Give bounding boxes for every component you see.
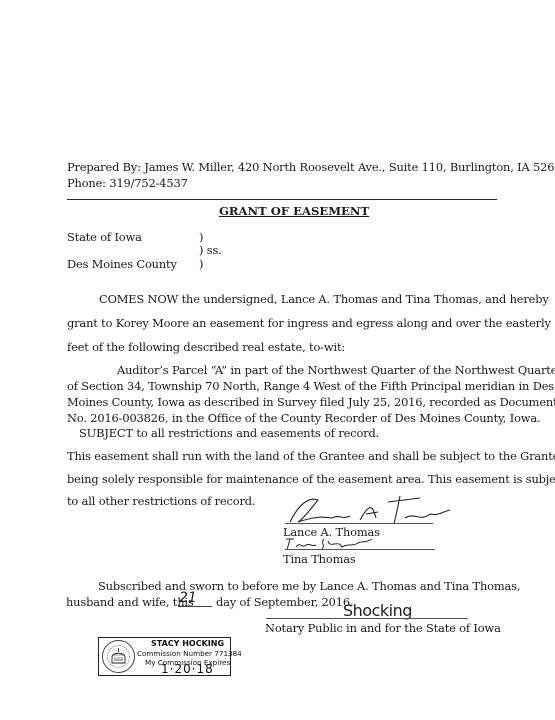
intro-line-1: COMES NOW the undersigned, Lance A. Thom… (99, 292, 549, 306)
notary-signature-line (266, 618, 468, 619)
grantor1-signature-scribble (280, 492, 455, 527)
venue-paren-bottom: ) (199, 257, 203, 271)
grantor2-signature-line (285, 549, 435, 550)
document-title: GRANT OF EASEMENT (219, 204, 369, 218)
covenant-line-2: being solely responsible for maintenance… (67, 472, 555, 486)
notary-line-2-prefix: husband and wife, this (66, 595, 194, 609)
legal-line-1: Auditor’s Parcel “A” in part of the Nort… (117, 363, 555, 377)
grantor2-name: Tina Thomas (283, 552, 356, 566)
intro-line-2: grant to Korey Moore an easement for ing… (67, 316, 555, 330)
header-divider (67, 199, 497, 200)
legal-line-2: of Section 34, Township 70 North, Range … (67, 379, 554, 393)
notary-caption: Notary Public in and for the State of Io… (265, 621, 501, 635)
stamp-notary-name: STACY HOCKING (151, 639, 224, 648)
covenant-line-3: to all other restrictions of record. (67, 494, 255, 508)
venue-ss: ) ss. (199, 243, 222, 257)
covenant-line-1: This easement shall run with the land of… (67, 449, 555, 463)
grantor2-signature: Tina Thomas (290, 540, 296, 541)
prepared-by-line1: Prepared By: James W. Miller, 420 North … (67, 160, 555, 174)
grantor1-signature: Lance A Thomas (290, 500, 298, 501)
notary-stamp: NOTARIAL SEAL · IOWA STACY HOCKING Commi… (98, 637, 231, 676)
subject-line: SUBJECT to all restrictions and easement… (79, 426, 379, 440)
notary-day-line (178, 606, 212, 607)
prepared-by-phone: Phone: 319/752-4537 (67, 176, 188, 190)
notary-line-2-suffix: day of September, 2016. (216, 595, 353, 609)
notary-day-handwritten: 21 (179, 590, 197, 606)
grantor1-signature-line (285, 523, 433, 524)
venue-county: Des Moines County (67, 257, 177, 271)
venue-state: State of Iowa (67, 230, 142, 244)
legal-line-3: Moines County, Iowa as described in Surv… (67, 395, 555, 409)
stamp-expires-date: 1·20·18 (161, 662, 214, 676)
notary-line-1: Subscribed and sworn to before me by Lan… (98, 579, 520, 593)
notarial-seal-icon (102, 640, 135, 673)
stamp-commission-number: Commission Number 771384 (137, 649, 242, 658)
legal-line-4: No. 2016-003826, in the Office of the Co… (67, 411, 541, 425)
venue-paren-top: ) (199, 230, 203, 244)
intro-line-3: feet of the following described real est… (67, 340, 345, 354)
